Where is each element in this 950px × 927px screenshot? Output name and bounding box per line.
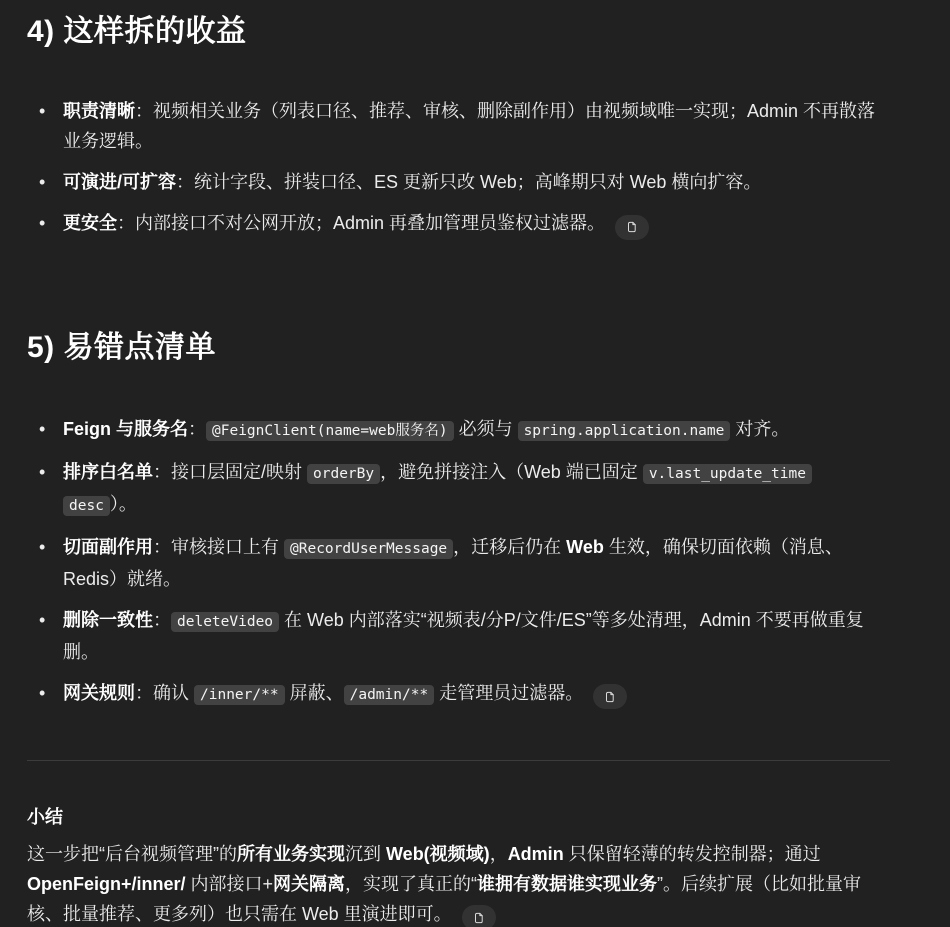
list-item-text: 删除一致性：deleteVideo 在 Web 内部落实“视频表/分P/文件/E… <box>63 610 864 662</box>
copy-icon <box>625 219 639 235</box>
copy-button[interactable] <box>615 215 649 240</box>
section-heading-pitfalls: 5) 易错点清单 <box>27 328 890 368</box>
list-item-text: 切面副作用：审核接口上有 @RecordUserMessage，迁移后仍在 We… <box>63 537 843 589</box>
pitfalls-list: Feign 与服务名：@FeignClient(name=web服务名) 必须与… <box>27 414 890 710</box>
list-item: 更安全：内部接口不对公网开放；Admin 再叠加管理员鉴权过滤器。 <box>63 208 890 240</box>
summary-paragraph: 这一步把“后台视频管理”的所有业务实现沉到 Web(视频域)，Admin 只保留… <box>27 839 890 927</box>
list-item-text: 网关规则：确认 /inner/** 屏蔽、/admin/** 走管理员过滤器。 <box>63 683 583 703</box>
list-item: 排序白名单：接口层固定/映射 orderBy，避免拼接注入（Web 端已固定 v… <box>63 457 890 521</box>
copy-button[interactable] <box>593 684 627 709</box>
copy-icon <box>603 689 617 705</box>
section-heading-benefits: 4) 这样拆的收益 <box>27 12 890 52</box>
list-item: 网关规则：确认 /inner/** 屏蔽、/admin/** 走管理员过滤器。 <box>63 678 890 710</box>
list-item-text: 可演进/可扩容：统计字段、拼装口径、ES 更新只改 Web；高峰期只对 Web … <box>63 172 761 192</box>
chat-message-content: 4) 这样拆的收益 职责清晰：视频相关业务（列表口径、推荐、审核、删除副作用）由… <box>27 0 890 927</box>
list-item: 切面副作用：审核接口上有 @RecordUserMessage，迁移后仍在 We… <box>63 532 890 594</box>
list-item: 可演进/可扩容：统计字段、拼装口径、ES 更新只改 Web；高峰期只对 Web … <box>63 167 890 197</box>
benefits-list: 职责清晰：视频相关业务（列表口径、推荐、审核、删除副作用）由视频域唯一实现；Ad… <box>27 96 890 240</box>
list-item-text: 更安全：内部接口不对公网开放；Admin 再叠加管理员鉴权过滤器。 <box>63 213 605 233</box>
list-item: Feign 与服务名：@FeignClient(name=web服务名) 必须与… <box>63 414 890 446</box>
summary-text: 这一步把“后台视频管理”的所有业务实现沉到 Web(视频域)，Admin 只保留… <box>27 844 861 924</box>
copy-icon <box>472 910 486 926</box>
summary-section: 小结 这一步把“后台视频管理”的所有业务实现沉到 Web(视频域)，Admin … <box>27 803 890 927</box>
copy-button[interactable] <box>462 905 496 927</box>
summary-title: 小结 <box>27 803 890 831</box>
section-divider <box>27 760 890 761</box>
list-item-text: 排序白名单：接口层固定/映射 orderBy，避免拼接注入（Web 端已固定 v… <box>63 462 812 514</box>
list-item-text: Feign 与服务名：@FeignClient(name=web服务名) 必须与… <box>63 419 789 439</box>
list-item-text: 职责清晰：视频相关业务（列表口径、推荐、审核、删除副作用）由视频域唯一实现；Ad… <box>63 101 875 151</box>
list-item: 删除一致性：deleteVideo 在 Web 内部落实“视频表/分P/文件/E… <box>63 605 890 667</box>
list-item: 职责清晰：视频相关业务（列表口径、推荐、审核、删除副作用）由视频域唯一实现；Ad… <box>63 96 890 156</box>
